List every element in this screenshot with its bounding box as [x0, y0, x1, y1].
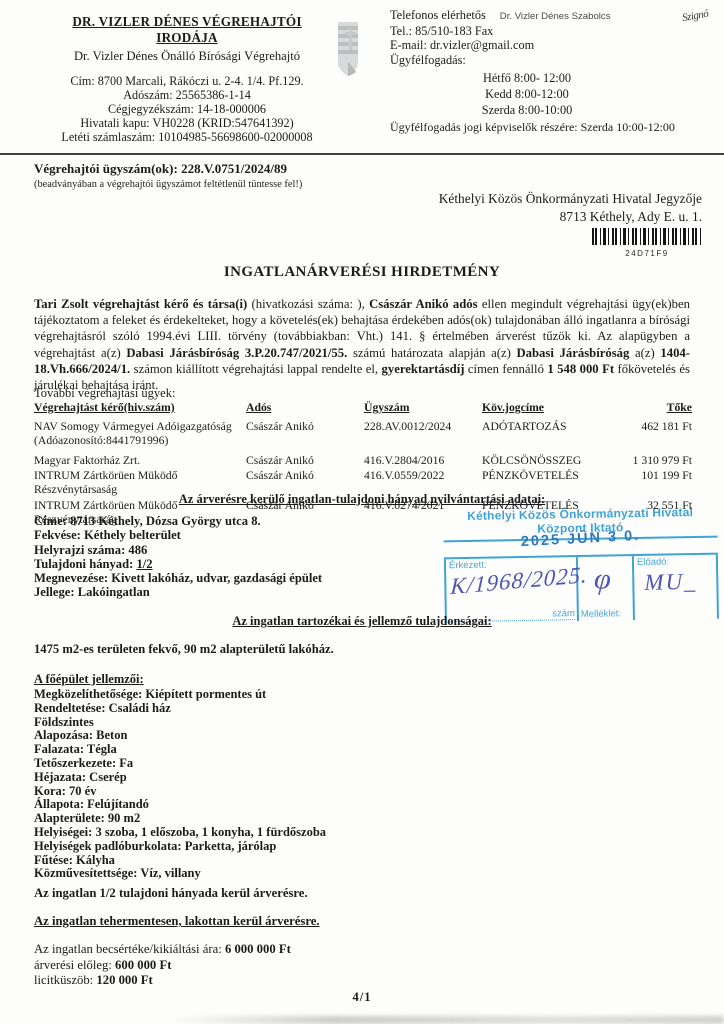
contact-tel: Tel.: 85/510-183 Fax	[390, 24, 720, 38]
barcode: 24D71F9	[592, 228, 702, 263]
creditor-tax-id: (Adóazonosító:8441791996)	[34, 434, 246, 448]
office-deposit-account: Letéti számlaszám: 10104985-56698600-020…	[34, 131, 340, 145]
reception-hours-monday: Hétfő 8:00- 12:00	[390, 70, 664, 86]
feature-rooms: Helyiségei: 3 szoba, 1 előszoba, 1 konyh…	[34, 826, 326, 840]
feature-heating: Fűtése: Kályha	[34, 854, 326, 868]
feature-accessibility: Megközelíthetősége: Kiépített pormentes …	[34, 688, 326, 702]
auction-price-block: Az ingatlan becsértéke/kikiáltási ára: 6…	[34, 942, 291, 989]
table-row: NAV Somogy Vármegyei Adóigazgatóság (Adó…	[34, 420, 692, 454]
property-location: Fekvése: Kéthely belterület	[34, 528, 322, 542]
cell-case-number: 228.AV.0012/2024	[364, 420, 482, 454]
office-title-line2: IRODÁJA	[34, 30, 340, 46]
main-building-features: Megközelíthetősége: Kiépített pormentes …	[34, 688, 326, 881]
feature-utilities: Közművesítettsége: Víz, villany	[34, 867, 326, 881]
feature-floor-area: Alapterülete: 90 m2	[34, 812, 326, 826]
property-summary: 1475 m2-es területen fekvő, 90 m2 alapte…	[34, 642, 334, 657]
legal-reception-hours: Ügyfélfogadás jogi képviselők részére: S…	[390, 120, 720, 134]
office-official-portal: Hivatali kapu: VH0228 (KRID:547641392)	[34, 117, 340, 131]
coat-of-arms-icon	[336, 20, 360, 83]
feature-roof-cover: Héjazata: Cserép	[34, 771, 326, 785]
estimated-price-line: Az ingatlan becsértéke/kikiáltási ára: 6…	[34, 942, 291, 958]
header-creditor: Végrehajtást kérő(hiv.szám)	[34, 401, 246, 420]
property-ownership-share: Tulajdoni hányad: 1/2	[34, 557, 322, 571]
reception-hours-wednesday: Szerda 8:00-10:00	[390, 102, 664, 118]
scan-edge-smudge	[170, 1016, 724, 1024]
intro-paragraph: Tari Zsolt végrehajtást kérő és társa(i)…	[34, 296, 690, 393]
cell-case-number: 416.V.2804/2016	[364, 454, 482, 470]
feature-condition: Állapota: Felújítandó	[34, 798, 326, 812]
feature-purpose: Rendeltetése: Családi ház	[34, 702, 326, 716]
handwritten-clerk-initials: MU ̲	[644, 569, 692, 596]
office-address: Cím: 8700 Marcali, Rákóczi u. 2-4. 1/4. …	[34, 75, 340, 89]
property-lot-number: Helyrajzi száma: 486	[34, 543, 322, 557]
stamp-clerk-cell: Előadó: MU ̲	[634, 555, 719, 620]
office-title: DR. VIZLER DÉNES VÉGREHAJTÓI IRODÁJA	[34, 14, 340, 46]
features-section-heading: Az ingatlan tartozékai és jellemző tulaj…	[0, 614, 724, 629]
document-title: INGATLANÁRVERÉSI HIRDETMÉNY	[0, 264, 724, 281]
office-info: Cím: 8700 Marcali, Rákóczi u. 2-4. 1/4. …	[34, 75, 340, 145]
auction-advance-line: árverési előleg: 600 000 Ft	[34, 958, 291, 974]
feature-flooring: Helyiségek padlóburkolata: Parketta, jár…	[34, 840, 326, 854]
stamp-attachment-cell: φ Melléklet:	[578, 556, 635, 621]
office-tax-number: Adószám: 25565386-1-14	[34, 89, 340, 103]
reception-hours: Hétfő 8:00- 12:00 Kedd 8:00-12:00 Szerda…	[390, 70, 664, 119]
office-company-number: Cégjegyzékszám: 14-18-000006	[34, 103, 340, 117]
reception-label: Ügyfélfogadás:	[390, 53, 720, 67]
office-title-line1: DR. VIZLER DÉNES VÉGREHAJTÓI	[34, 14, 340, 30]
contact-email: E-mail: dr.vizler@gmail.com	[390, 38, 720, 52]
table-header-row: Végrehajtást kérő(hiv.szám) Adós Ügyszám…	[34, 401, 692, 420]
handwritten-attachment-mark: φ	[593, 562, 613, 597]
case-number-line: Végrehajtói ügyszám(ok): 228.V.0751/2024…	[34, 161, 302, 177]
printed-name: Dr. Vizler Dénes Szabolcs	[500, 8, 611, 24]
table-row: Magyar Faktorház Zrt. Császár Anikó 416.…	[34, 454, 692, 470]
reception-hours-tuesday: Kedd 8:00-12:00	[390, 86, 664, 102]
cell-creditor: Magyar Faktorház Zrt.	[34, 454, 246, 470]
bid-threshold-line: licitküszöb: 120 000 Ft	[34, 973, 291, 989]
recipient-name: Kéthelyi Közös Önkormányzati Hivatal Jeg…	[439, 190, 702, 208]
property-designation: Megnevezése: Kivett lakóház, udvar, gazd…	[34, 571, 322, 585]
cell-principal: 462 181 Ft	[602, 420, 692, 454]
feature-walls: Falazata: Tégla	[34, 743, 326, 757]
stamp-cells: Érkezett: K/1968/2025. szám φ Melléklet:…	[444, 553, 719, 624]
cell-claim-type: KÖLCSÖNÖSSZEG	[482, 454, 602, 470]
property-character: Jellege: Lakóingatlan	[34, 585, 322, 599]
recipient-address: 8713 Kéthely, Ady E. u. 1.	[439, 208, 702, 226]
office-officer: Dr. Vizler Dénes Önálló Bírósági Végreha…	[34, 49, 340, 64]
contact-block: Telefonos elérhetős Dr. Vizler Dénes Sza…	[390, 8, 720, 135]
phone-availability-label: Telefonos elérhetős	[390, 8, 486, 22]
cell-debtor: Császár Anikó	[246, 420, 364, 454]
header-debtor: Adós	[246, 401, 364, 420]
creditor-name: NAV Somogy Vármegyei Adóigazgatóság	[34, 420, 246, 434]
feature-foundation: Alapozása: Beton	[34, 729, 326, 743]
auction-share-note: Az ingatlan 1/2 tulajdoni hányada kerül …	[34, 886, 308, 901]
header-claim-type: Köv.jogcíme	[482, 401, 602, 420]
main-building-label: A főépület jellemzői:	[34, 672, 144, 687]
header-divider	[0, 153, 724, 155]
contact-phone-row: Telefonos elérhetős Dr. Vizler Dénes Sza…	[390, 8, 720, 24]
scanned-auction-notice-page: DR. VIZLER DÉNES VÉGREHAJTÓI IRODÁJA Dr.…	[0, 0, 724, 1024]
header-principal: Tőke	[602, 401, 692, 420]
case-number-note: (beadványában a végrehajtói ügyszámot fe…	[34, 179, 302, 190]
stamp-clerk-label: Előadó:	[634, 555, 716, 568]
barcode-label: 24D71F9	[592, 245, 702, 263]
bailiff-office-header: DR. VIZLER DÉNES VÉGREHAJTÓI IRODÁJA Dr.…	[34, 14, 340, 145]
cell-creditor: NAV Somogy Vármegyei Adóigazgatóság (Adó…	[34, 420, 246, 454]
cell-claim-type: ADÓTARTOZÁS	[482, 420, 602, 454]
registry-section-heading: Az árverésre kerülő ingatlan-tulajdoni h…	[0, 492, 724, 507]
barcode-bars-icon	[592, 228, 702, 245]
property-address: Címe: 8713 Kéthely, Dózsa György utca 8.	[34, 514, 322, 528]
recipient-block: Kéthelyi Közös Önkormányzati Hivatal Jeg…	[439, 190, 702, 263]
feature-age: Kora: 70 év	[34, 785, 326, 799]
page-number: 4/1	[0, 990, 724, 1005]
cell-principal: 1 310 979 Ft	[602, 454, 692, 470]
feature-roof-structure: Tetőszerkezete: Fa	[34, 757, 326, 771]
case-number-block: Végrehajtói ügyszám(ok): 228.V.0751/2024…	[34, 161, 302, 190]
other-cases-label: További végrehajtási ügyek:	[34, 386, 175, 401]
cell-debtor: Császár Anikó	[246, 454, 364, 470]
property-registry-block: Címe: 8713 Kéthely, Dózsa György utca 8.…	[34, 514, 322, 600]
header-case-number: Ügyszám	[364, 401, 482, 420]
feature-storeys: Földszintes	[34, 716, 326, 730]
auction-encumbrance-note: Az ingatlan tehermentesen, lakottan kerü…	[34, 914, 320, 929]
office-receipt-stamp: Kéthelyi Közös Önkormányzati Hivatal Köz…	[443, 506, 719, 624]
